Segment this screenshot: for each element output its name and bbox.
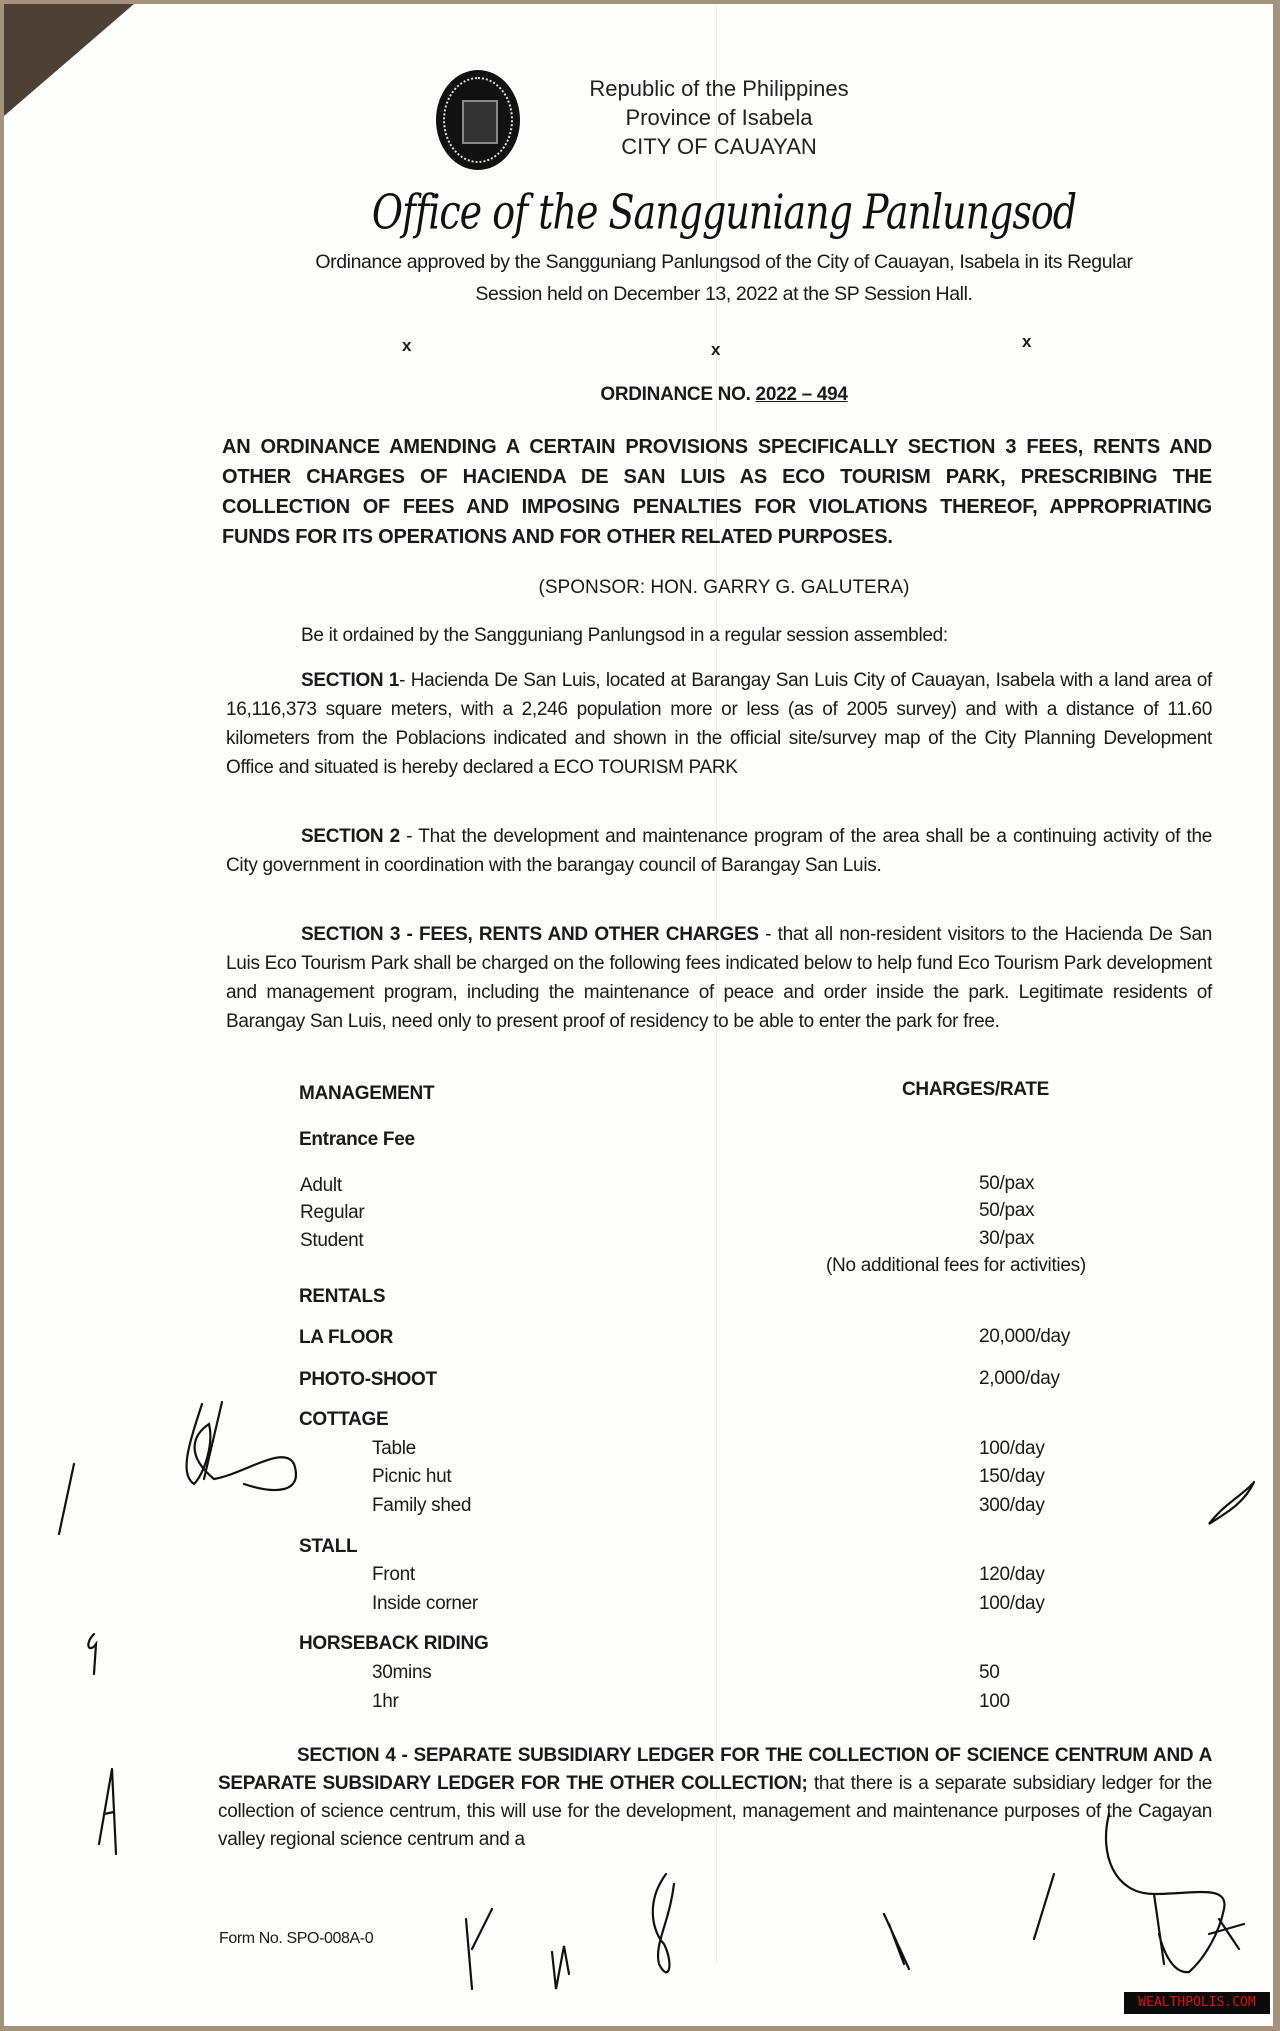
table-header-management: MANAGEMENT <box>299 1082 434 1106</box>
document-page: Republic of the Philippines Province of … <box>4 4 1273 2026</box>
rentals-label: RENTALS <box>299 1285 385 1309</box>
fee-item-name: Adult <box>300 1174 342 1198</box>
enacting-clause: Be it ordained by the Sangguniang Panlun… <box>226 621 1212 650</box>
stall-label: STALL <box>299 1535 357 1559</box>
table-header-charges: CHARGES/RATE <box>902 1078 1049 1102</box>
cottage-item-rate: 300/day <box>979 1494 1045 1518</box>
fee-item-rate: 30/pax <box>979 1227 1034 1251</box>
separator-mark: x <box>1022 332 1031 352</box>
horseback-label: HORSEBACK RIDING <box>299 1632 488 1656</box>
city-seal-icon <box>436 70 520 170</box>
cottage-item-name: Picnic hut <box>372 1465 451 1489</box>
letterhead-republic: Republic of the Philippines <box>524 74 914 103</box>
separator-mark: x <box>711 340 720 360</box>
separator-mark: x <box>402 336 411 356</box>
fee-item-name: Regular <box>300 1201 364 1225</box>
sponsor-line: (SPONSOR: HON. GARRY G. GALUTERA) <box>204 577 1244 599</box>
horseback-item-rate: 50 <box>979 1661 1000 1685</box>
la-floor-label: LA FLOOR <box>299 1326 393 1350</box>
fee-item-rate: 50/pax <box>979 1199 1034 1223</box>
ordinance-title: AN ORDINANCE AMENDING A CERTAIN PROVISIO… <box>222 432 1212 552</box>
cottage-item-name: Table <box>372 1437 416 1461</box>
photo-shoot-rate: 2,000/day <box>979 1367 1060 1391</box>
fee-item-name: Student <box>300 1229 363 1253</box>
ordinance-number: ORDINANCE NO. 2022 – 494 <box>204 384 1244 406</box>
office-title: Office of the Sangguniang Panlungsod <box>204 185 1244 240</box>
cottage-item-rate: 100/day <box>979 1437 1045 1461</box>
fee-item-rate: 50/pax <box>979 1172 1034 1196</box>
letterhead: Republic of the Philippines Province of … <box>524 74 914 161</box>
stall-item-rate: 120/day <box>979 1563 1045 1587</box>
section-2: SECTION 2 - That the development and mai… <box>226 822 1212 880</box>
cottage-item-name: Family shed <box>372 1494 471 1518</box>
watermark-badge: WEALTHPOLIS.COM <box>1124 1992 1270 2014</box>
horseback-item-name: 1hr <box>372 1690 399 1714</box>
stall-item-name: Inside corner <box>372 1592 478 1616</box>
approval-statement: Ordinance approved by the Sangguniang Pa… <box>204 246 1244 310</box>
horseback-item-rate: 100 <box>979 1690 1010 1714</box>
horseback-item-name: 30mins <box>372 1661 431 1685</box>
la-floor-rate: 20,000/day <box>979 1325 1070 1349</box>
section-3: SECTION 3 - FEES, RENTS AND OTHER CHARGE… <box>226 920 1212 1036</box>
entrance-fee-label: Entrance Fee <box>299 1128 415 1152</box>
form-number: Form No. SPO-008A-0 <box>219 1930 373 1948</box>
cottage-item-rate: 150/day <box>979 1465 1045 1489</box>
photo-shoot-label: PHOTO-SHOOT <box>299 1368 437 1392</box>
stall-item-name: Front <box>372 1563 415 1587</box>
section-1: SECTION 1- Hacienda De San Luis, located… <box>226 666 1212 782</box>
section-4: SECTION 4 - SEPARATE SUBSIDIARY LEDGER F… <box>218 1742 1212 1854</box>
scanned-corner-shadow <box>4 4 134 116</box>
letterhead-province: Province of Isabela <box>524 103 914 132</box>
cottage-label: COTTAGE <box>299 1408 388 1432</box>
stall-item-rate: 100/day <box>979 1592 1045 1616</box>
letterhead-city: CITY OF CAUAYAN <box>524 132 914 161</box>
entrance-fee-note: (No additional fees for activities) <box>826 1254 1086 1278</box>
